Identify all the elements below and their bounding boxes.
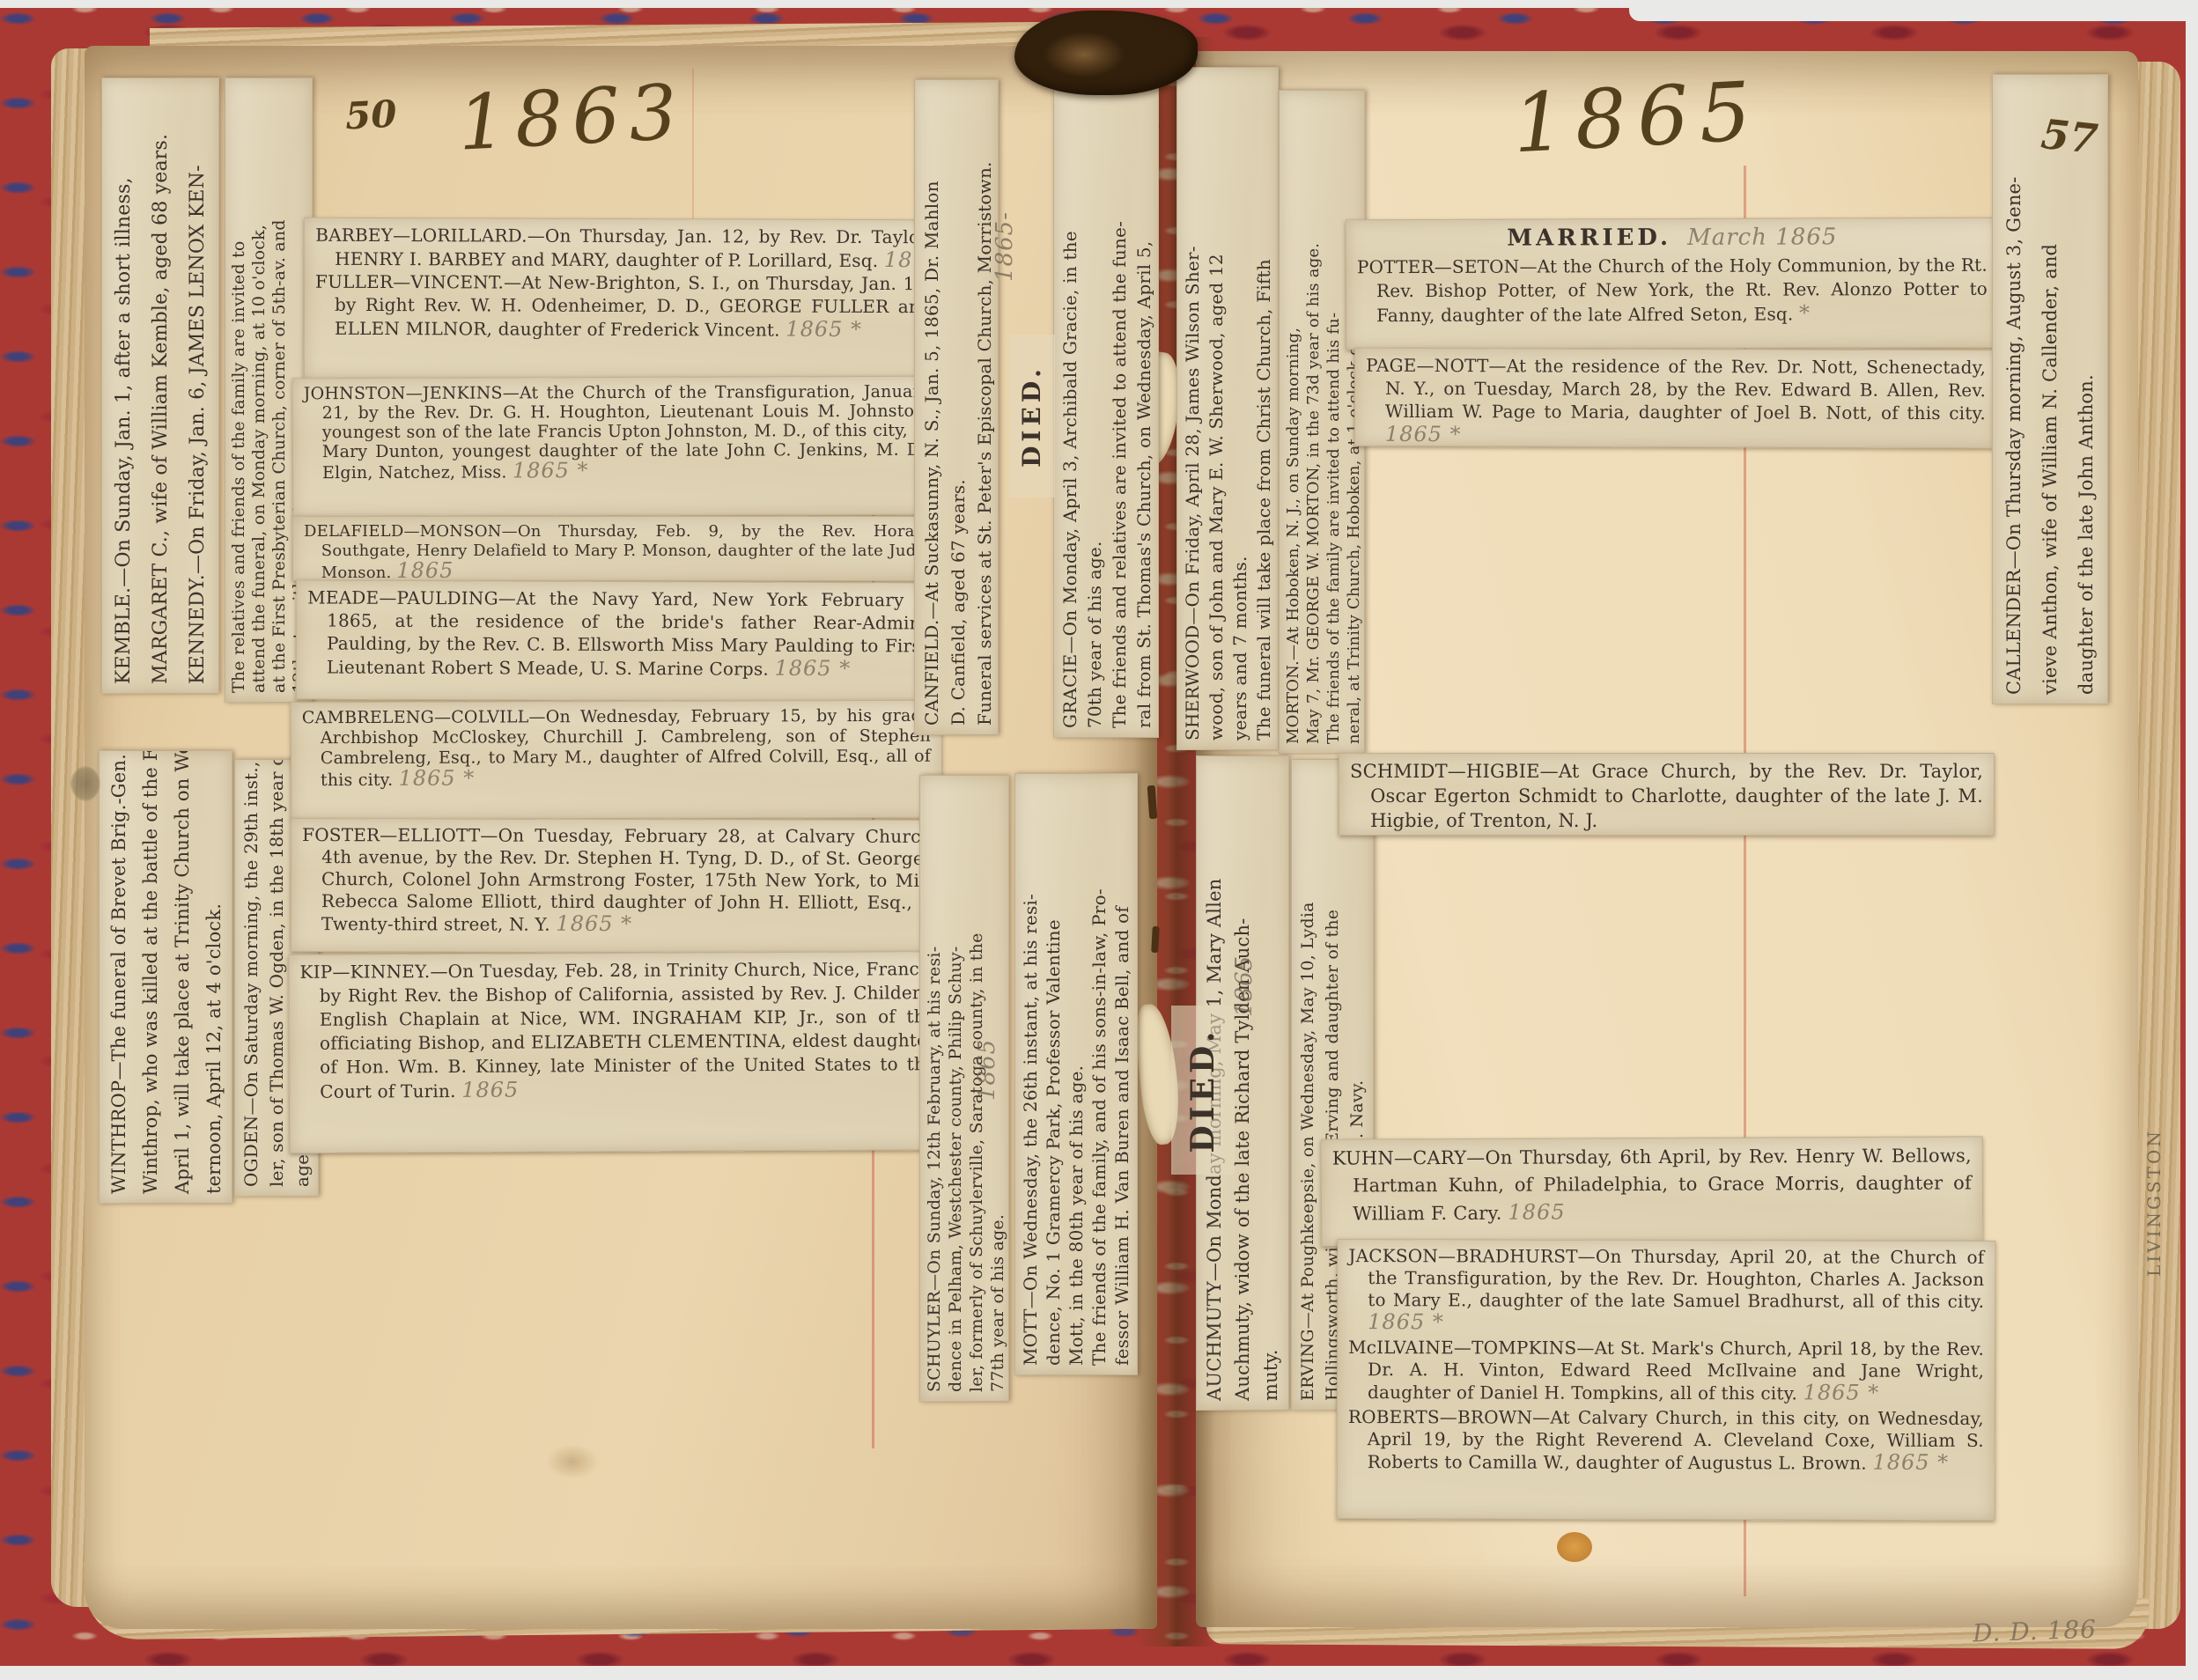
death-notice-line: ral from St. Thomas's Church, on Wednesd…: [1132, 87, 1156, 728]
death-notice-line: muty.: [1257, 765, 1285, 1401]
marriage-notice: DELAFIELD—MONSON—On Thursday, Feb. 9, by…: [304, 522, 936, 581]
notice-line: ternoon, April 12, at 4 o'clock.: [198, 760, 230, 1194]
clipping-gracie: GRACIE—On Monday, April 3, Archibald Gra…: [1053, 77, 1159, 738]
death-notice-line: ERVING—At Poughkeepsie, on Wednesday, Ma…: [1295, 769, 1320, 1401]
stain-foxing: [546, 1444, 599, 1479]
notice-line: WINTHROP—The funeral of Brevet Brig.-Gen…: [103, 760, 135, 1194]
marriage-notice: BARBEY—LORILLARD.—On Thursday, Jan. 12, …: [315, 224, 932, 272]
marriage-notice: FULLER—VINCENT.—At New-Brighton, S. I., …: [315, 270, 932, 342]
clipping-kuhn-cary: KUHN—CARY—On Thursday, 6th April, by Rev…: [1321, 1136, 1984, 1246]
clipping-barbey-fuller: BARBEY—LORILLARD.—On Thursday, Jan. 12, …: [304, 217, 944, 382]
death-notice-line: The funeral will take place from Christ …: [1252, 77, 1276, 741]
clipping-johnston-jenkins: JOHNSTON—JENKINS—At the Church of the Tr…: [292, 376, 943, 518]
death-notice-line: SHERWOOD—On Friday, April 28, James Wils…: [1181, 77, 1205, 741]
death-notice-line: dence, No. 1 Gramercy Park, Professor Va…: [1042, 783, 1065, 1366]
clipping-foster-elliott: FOSTER—ELLIOTT—On Tuesday, February 28, …: [291, 818, 949, 954]
death-notice-line: The friends and relatives are invited to…: [1107, 87, 1132, 728]
notice-line: attend the funeral, on Monday morning, a…: [249, 87, 269, 693]
pencil-year-auchmuty: 1865: [1231, 933, 1258, 1017]
scanner-edge-top-right: [1629, 0, 2198, 21]
handwritten-year-1863: 1863: [456, 68, 689, 167]
binding-knot: [1014, 11, 1198, 95]
clipping-sherwood: SHERWOOD—On Friday, April 28, James Wils…: [1176, 67, 1279, 750]
marriage-notice: KUHN—CARY—On Thursday, 6th April, by Rev…: [1332, 1142, 1972, 1227]
death-notice-line: SCHUYLER—On Sunday, 12th February, at hi…: [924, 785, 945, 1392]
death-notice-line: Mott, in the 80th year of his age.: [1065, 783, 1088, 1366]
pencil-year-gracie: 1865-: [992, 141, 1018, 282]
stain-smudge-left: [70, 766, 100, 801]
death-notice-line: dence in Pelham, Westchester county, Phi…: [945, 785, 966, 1392]
ruled-line-left-top: [692, 69, 694, 223]
married-section-header: MARRIED.: [1507, 225, 1671, 252]
notice-line: MARGARET C., wife of William Kemble, age…: [143, 87, 180, 684]
clipping-kemble-kennedy: KEMBLE.—On Sunday, Jan. 1, after a short…: [101, 77, 219, 694]
scanner-edge-bottom: [0, 1666, 2198, 1680]
handwritten-page-number-57: 57: [2039, 110, 2099, 163]
marriage-notice: POTTER—SETON—At the Church of the Holy C…: [1357, 254, 1988, 328]
clipping-jackson-mcilvaine-roberts: JACKSON—BRADHURST—On Thursday, April 20,…: [1337, 1239, 1996, 1521]
died-section-header-right: DIED.: [1171, 1006, 1235, 1175]
clipping-canfield: CANFIELD.—At Suckasunny, N. S., Jan. 5, …: [914, 79, 999, 735]
death-notice-line: CANFIELD.—At Suckasunny, N. S., Jan. 5, …: [918, 89, 945, 726]
death-notice-line: daughter of the late John Anthon.: [2069, 84, 2105, 695]
notice-line: April 1, will take place at Trinity Chur…: [166, 760, 198, 1194]
scrapbook-scan: 50 1863 1865 57 D. D. 186 KEMBLE.—On Sun…: [0, 0, 2198, 1680]
clipping-married-potter-seton: MARRIED. March 1865 POTTER—SETON—At the …: [1346, 217, 2000, 350]
death-notice-line: GRACIE—On Monday, April 3, Archibald Gra…: [1058, 87, 1082, 728]
clipping-delafield-monson: DELAFIELD—MONSON—On Thursday, Feb. 9, by…: [292, 516, 948, 581]
pencil-year-schuyler: 1865: [974, 986, 1000, 1101]
marriage-notice: SCHMIDT—HIGBIE—At Grace Church, by the R…: [1350, 759, 1983, 833]
death-notice-line: MORTON.—At Hoboken, N. J., on Sunday mor…: [1283, 99, 1303, 744]
death-notice-line: CALLENDER—On Thursday morning, August 3,…: [1996, 84, 2032, 695]
notice-line: at the First Presbyterian Church, corner…: [269, 87, 290, 693]
marriage-notice: PAGE—NOTT—At the residence of the Rev. D…: [1366, 354, 1986, 448]
notice-line: KENNEDY.—On Friday, Jan. 6, JAMES LENOX …: [180, 87, 217, 684]
stain-orange: [1557, 1532, 1592, 1562]
handwritten-year-1865: 1865: [1510, 64, 1763, 172]
marriage-notice: CAMBRELENG—COLVILL—On Wednesday, Februar…: [302, 706, 931, 791]
clipping-winthrop: WINTHROP—The funeral of Brevet Brig.-Gen…: [99, 750, 232, 1204]
death-notice-line: fessor William H. Van Buren and Isaac Be…: [1110, 783, 1133, 1366]
death-notice-line: wood, son of John and Mary E. W. Sherwoo…: [1205, 77, 1228, 741]
notice-line: Winthrop, who was killed at the battle o…: [135, 760, 166, 1194]
marriage-notice: JACKSON—BRADHURST—On Thursday, April 20,…: [1348, 1245, 1984, 1336]
death-notice-line: D. Canfield, aged 67 years.: [945, 89, 971, 726]
marriage-notice: ROBERTS—BROWN—At Calvary Church, in this…: [1348, 1406, 1984, 1475]
death-notice-line: 70th year of his age.: [1082, 87, 1107, 728]
clipping-page-nott: PAGE—NOTT—At the residence of the Rev. D…: [1354, 348, 1997, 449]
death-notice-line: years and 7 months.: [1228, 77, 1252, 741]
clipping-schmidt-higbie: SCHMIDT—HIGBIE—At Grace Church, by the R…: [1339, 753, 1995, 836]
death-notice-line: MOTT—On Wednesday, the 26th instant, at …: [1019, 783, 1042, 1366]
clipping-kip-kinney: KIP—KINNEY.—On Tuesday, Feb. 28, in Trin…: [288, 951, 948, 1153]
marriage-notice: KIP—KINNEY.—On Tuesday, Feb. 28, in Trin…: [299, 957, 936, 1104]
died-section-header-left: DIED.: [1009, 335, 1055, 497]
handwritten-corner-note: D. D. 186: [1972, 1615, 2097, 1648]
clipping-meade-paulding: MEADE—PAULDING—At the Navy Yard, New Yor…: [296, 579, 947, 702]
handwritten-page-number-50: 50: [344, 92, 398, 138]
binding-stitch-3: [1151, 926, 1160, 953]
marriage-notice: MEADE—PAULDING—At the Navy Yard, New Yor…: [307, 586, 934, 681]
death-notice-line: The friends of the family, and of his so…: [1088, 783, 1110, 1366]
pencil-married-date: March 1865: [1687, 224, 1837, 251]
clipping-callender: CALLENDER—On Thursday morning, August 3,…: [1992, 74, 2108, 704]
death-notice-line: vieve Anthon, wife of William N. Callend…: [2032, 84, 2069, 695]
clipping-morton: MORTON.—At Hoboken, N. J., on Sunday mor…: [1279, 90, 1365, 754]
edge-clipping-fragment: LIVINGSTON: [2143, 264, 2165, 1277]
marriage-notice: McILVAINE—TOMPKINS—At St. Mark's Church,…: [1348, 1337, 1984, 1405]
notice-line: ler, son of Thomas W. Ogden, in the 18th…: [264, 769, 290, 1187]
death-notice-line: The friends of the family are invited to…: [1324, 99, 1344, 744]
notice-line: The relatives and friends of the family …: [229, 87, 249, 693]
scanner-edge-right: [2186, 0, 2198, 1680]
clipping-mott: MOTT—On Wednesday, the 26th instant, at …: [1014, 773, 1138, 1375]
marriage-notice: JOHNSTON—JENKINS—At the Church of the Tr…: [304, 382, 931, 483]
marriage-notice: FOSTER—ELLIOTT—On Tuesday, February 28, …: [302, 824, 938, 937]
death-notice-line: May 7, Mr. GEORGE W. MORTON, in the 73d …: [1303, 99, 1324, 744]
clipping-cambreleng-colvill: CAMBRELENG—COLVILL—On Wednesday, Februar…: [291, 700, 942, 821]
notice-line: KEMBLE.—On Sunday, Jan. 1, after a short…: [106, 87, 143, 684]
notice-line: OGDEN—On Saturday morning, the 29th inst…: [239, 769, 264, 1187]
